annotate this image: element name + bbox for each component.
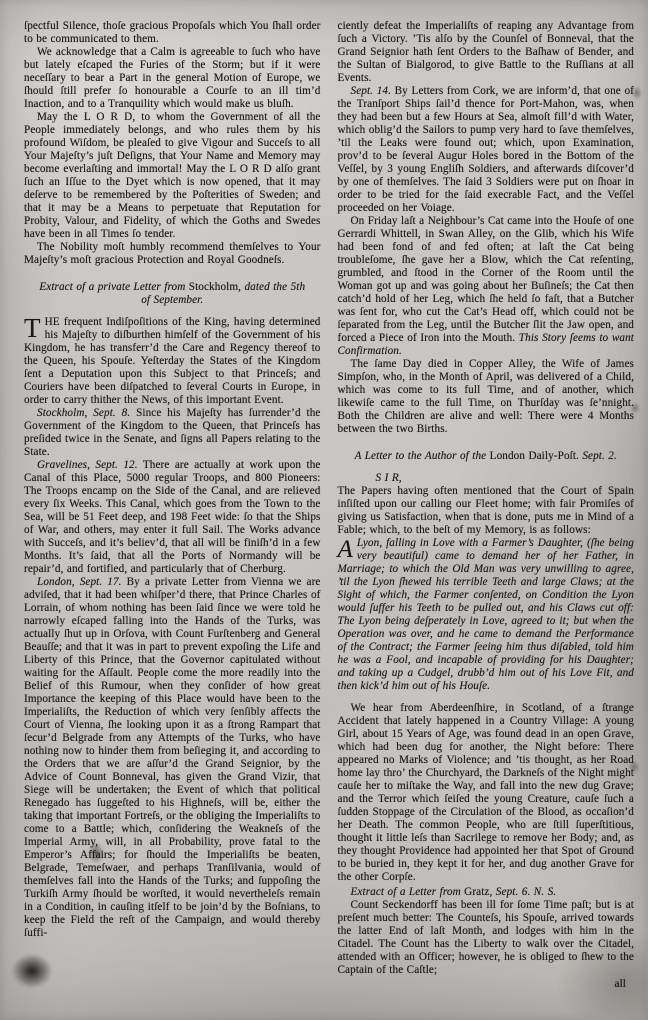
dateline: Stockholm, Sept. 8.: [37, 407, 130, 419]
paragraph: We hear from Aberdeenſhire, in Scotland,…: [338, 702, 635, 884]
paragraph-continuation: ſpectful Silence, thoſe gracious Propoſa…: [24, 20, 321, 46]
paragraph-dropcap: THE frequent Indiſpoſitions of the King,…: [24, 316, 321, 407]
paragraph-dateline: Stockholm, Sept. 8. Since his Majeſty ha…: [24, 407, 321, 459]
paragraph-text: Lyon, falling in Love with a Farmer’s Da…: [338, 537, 635, 692]
paragraph-dateline: Sept. 14. By Letters from Cork, we are i…: [338, 85, 635, 215]
paragraph-text: On Friday laſt a Neighbour’s Cat came in…: [338, 215, 635, 344]
paragraph: May the L O R D, to whom the Government …: [24, 111, 321, 241]
letter-heading-gratz: Extract of a Letter from Gratz, Sept. 6.…: [338, 886, 635, 899]
paragraph-continuation: ciently defeat the Imperialiſts of reapi…: [338, 20, 635, 85]
dateline: London, Sept. 17.: [37, 576, 122, 588]
dateline: Gravelines, Sept. 12.: [37, 459, 138, 471]
heading-place: Gratz: [464, 886, 489, 898]
heading-text: Sept. 2.: [579, 450, 617, 462]
lead-caps: HE: [45, 316, 60, 328]
heading-text: A Letter to the Author of the: [355, 450, 490, 462]
catchword: all: [338, 978, 635, 991]
right-column: ciently defeat the Imperialiſts of reapi…: [338, 20, 635, 1016]
paragraph-dateline: London, Sept. 17. By a private Letter fr…: [24, 576, 321, 940]
left-column: ſpectful Silence, thoſe gracious Propoſa…: [24, 20, 321, 1016]
drop-cap-letter: T: [24, 316, 45, 340]
paragraph: We acknowledge that a Calm is agreeable …: [24, 46, 321, 111]
heading-text: , Sept. 6. N. S.: [490, 886, 557, 898]
paragraph-text: frequent Indiſpoſitions of the King, hav…: [24, 316, 321, 406]
paragraph: On Friday laſt a Neighbour’s Cat came in…: [338, 215, 635, 358]
paragraph: The ſame Day died in Copper Alley, the W…: [338, 358, 635, 436]
paragraph: Count Seckendorff has been ill for ſome …: [338, 899, 635, 977]
newspaper-page: ſpectful Silence, thoſe gracious Propoſa…: [0, 0, 648, 1020]
dateline: Sept. 14.: [351, 85, 391, 97]
paragraph-text: By a private Letter from Vienna we are a…: [24, 576, 321, 939]
text-block: ſpectful Silence, thoſe gracious Propoſa…: [24, 20, 634, 1016]
letter-heading-stockholm: Extract of a private Letter from Stockho…: [34, 281, 311, 307]
paragraph-text: There are actually at work upon the Cana…: [24, 459, 321, 575]
paragraph-text: By Letters from Cork, we are inform’d, t…: [338, 85, 635, 214]
letter-heading-daily-post: A Letter to the Author of the London Dai…: [348, 450, 625, 463]
drop-cap-letter: A: [338, 537, 357, 561]
paragraph-dateline: Gravelines, Sept. 12. There are actually…: [24, 459, 321, 576]
heading-paper-name: London Daily-Poſt.: [490, 450, 579, 462]
heading-place: Stockholm: [189, 281, 238, 293]
heading-text: Extract of a Letter from: [351, 886, 465, 898]
paragraph: The Nobility moſt humbly recommend themſ…: [24, 241, 321, 267]
salutation: S I R,: [338, 472, 635, 485]
fable-paragraph: A Lyon, falling in Love with a Farmer’s …: [338, 537, 635, 693]
heading-text: Extract of a private Letter from: [39, 281, 188, 293]
paragraph: The Papers having often mentioned that t…: [338, 485, 635, 537]
